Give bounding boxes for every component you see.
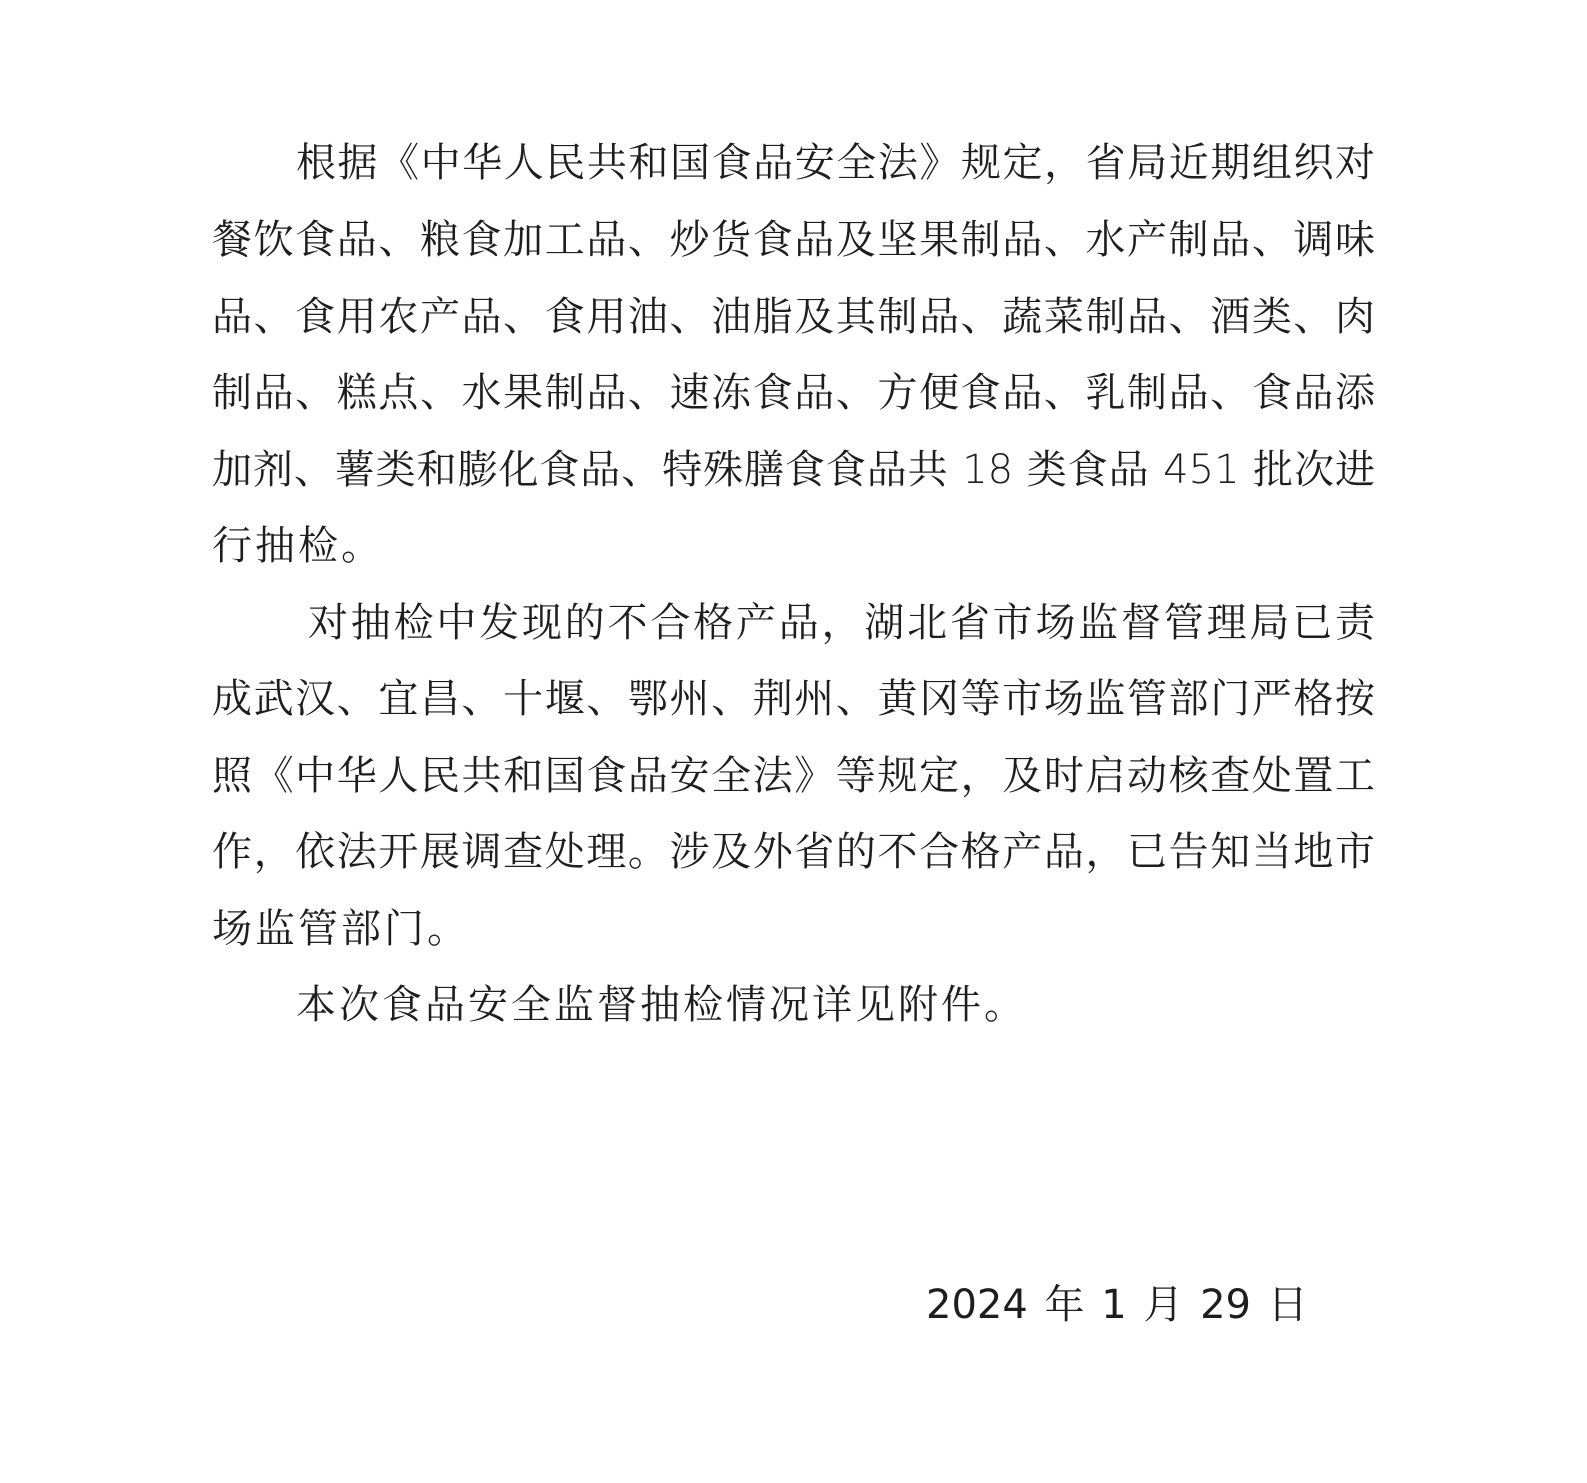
paragraph-2-line-1: 对抽检中发现的不合格产品，湖北省市场监督管理局已责 (308, 593, 1375, 653)
paragraph-1-line-1: 根据《中华人民共和国食品安全法》规定，省局近期组织对 (296, 133, 1375, 193)
paragraph-1-line-6: 行抽检。 (212, 516, 1375, 576)
paragraph-1-line-5: 加剂、薯类和膨化食品、特殊膳食食品共 18 类食品 451 批次进 (212, 440, 1375, 500)
paragraph-2-line-3: 照《中华人民共和国食品安全法》等规定，及时启动核查处置工 (212, 746, 1375, 806)
paragraph-1-line-4: 制品、糕点、水果制品、速冻食品、方便食品、乳制品、食品添 (212, 363, 1375, 423)
document-date: 2024 年 1 月 29 日 (926, 1275, 1308, 1335)
paragraph-2-line-2: 成武汉、宜昌、十堰、鄂州、荆州、黄冈等市场监管部门严格按 (212, 669, 1375, 729)
paragraph-3-line-1: 本次食品安全监督抽检情况详见附件。 (296, 975, 1027, 1035)
paragraph-1-line-3: 品、食用农产品、食用油、油脂及其制品、蔬菜制品、酒类、肉 (212, 287, 1375, 347)
paragraph-1-line-2: 餐饮食品、粮食加工品、炒货食品及坚果制品、水产制品、调味 (212, 210, 1375, 270)
paragraph-2-line-5: 场监管部门。 (212, 899, 1375, 959)
document-page: 根据《中华人民共和国食品安全法》规定，省局近期组织对 餐饮食品、粮食加工品、炒货… (0, 0, 1587, 1483)
paragraph-2-line-4: 作，依法开展调查处理。涉及外省的不合格产品，已告知当地市 (212, 822, 1375, 882)
